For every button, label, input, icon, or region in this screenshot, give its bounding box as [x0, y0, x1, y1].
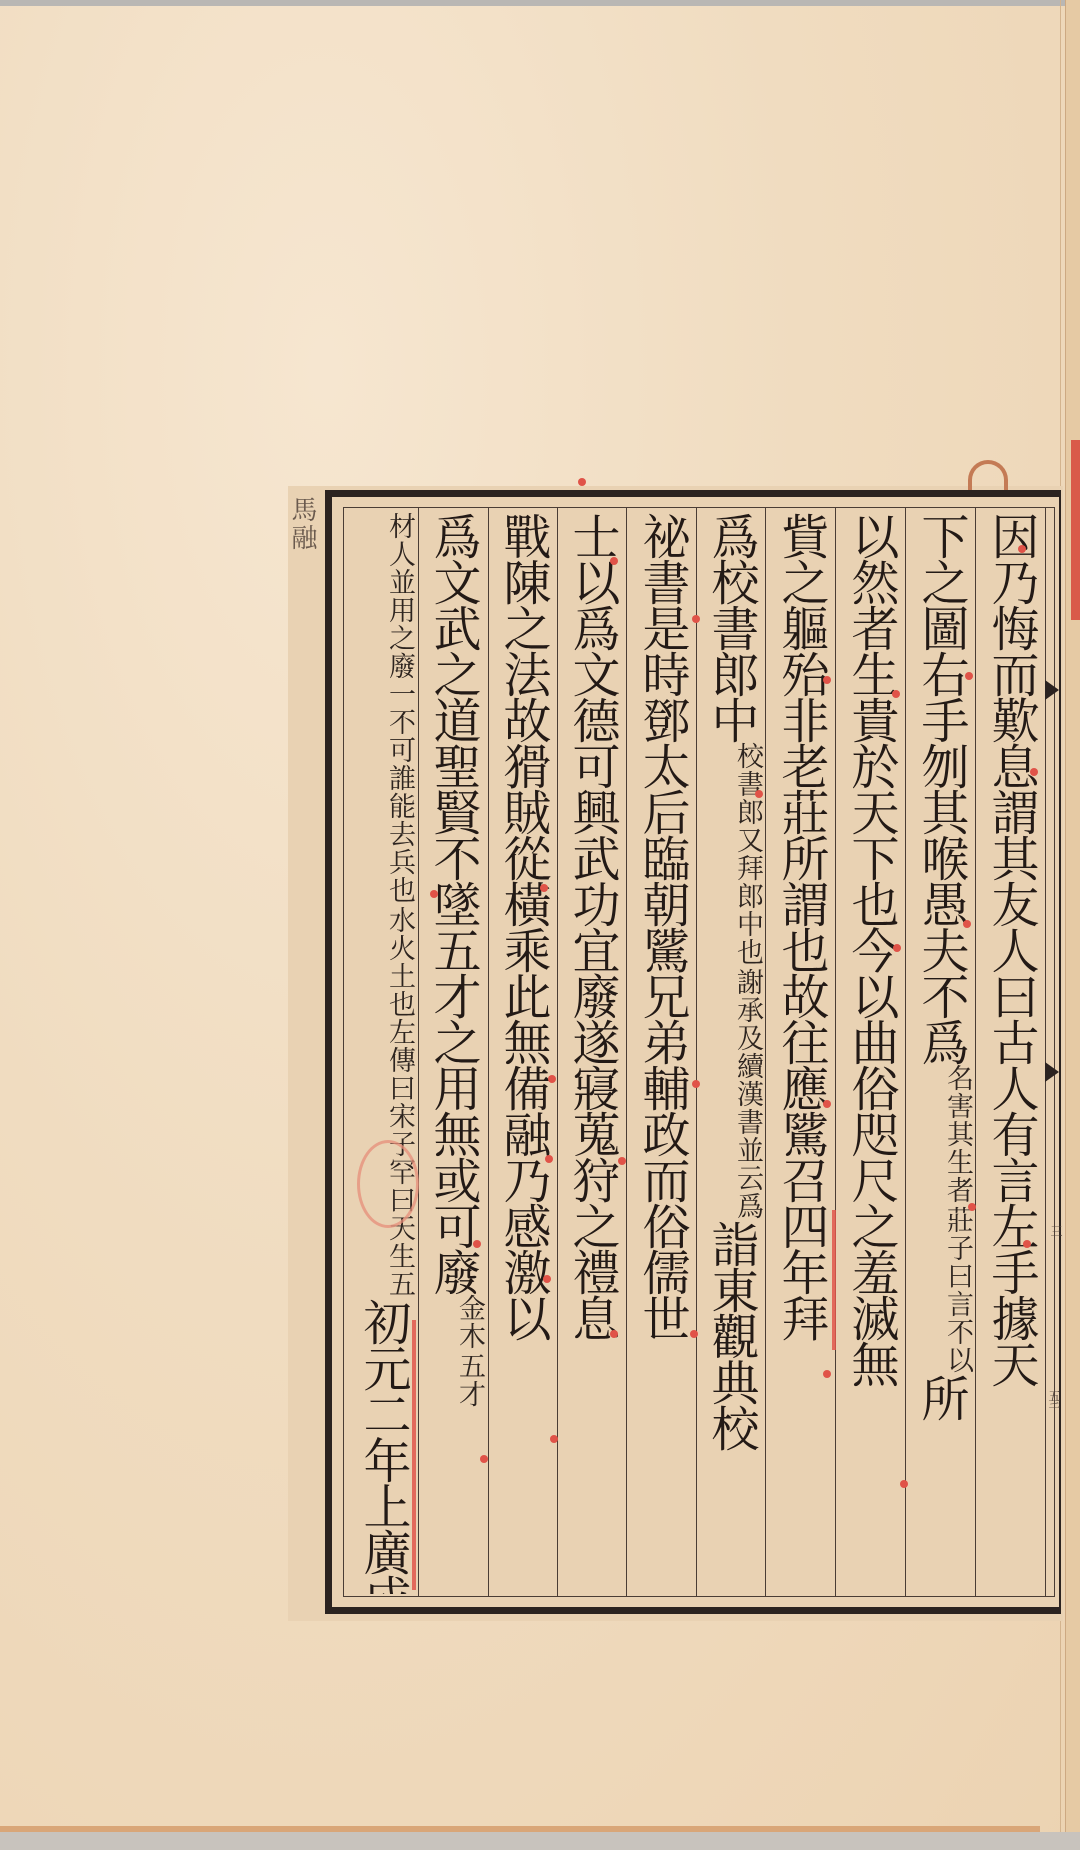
- red-seal-circle: [357, 1140, 419, 1228]
- text-column-6: 祕書是時鄧太后臨朝騭兄弟輔政而俗儒世: [631, 512, 695, 1594]
- red-bookmark-tab: [1071, 440, 1080, 620]
- column-text: 下之圖右手刎其喉愚夫不爲: [913, 512, 969, 1064]
- commentary-note: 莊子曰言不以名害其生者: [940, 1064, 974, 1374]
- note-line: 材人並用之廢一不可誰能去兵也: [382, 512, 416, 904]
- note-line: 名害其生者: [940, 1064, 974, 1204]
- punctuation-dot: [550, 1435, 558, 1443]
- column-text: 爲文武之道聖賢不墜五才之用無或可廢: [425, 512, 481, 1294]
- column-divider: [1045, 507, 1046, 1597]
- punctuation-dot: [692, 1080, 700, 1088]
- column-text: 以然者生貴於天下也今以曲俗咫尺之羞滅無: [843, 512, 899, 1386]
- note-line: 五才: [452, 1352, 486, 1408]
- column-divider: [626, 507, 627, 1597]
- note-line: 謝承及續漢書並云爲: [730, 968, 764, 1220]
- text-column-1: 因乃悔而歎息謂其友人曰古人有言左手據天: [980, 512, 1044, 1594]
- column-divider: [975, 507, 976, 1597]
- punctuation-dot: [430, 890, 438, 898]
- punctuation-dot: [545, 1155, 553, 1163]
- punctuation-dot: [618, 1157, 626, 1165]
- punctuation-dot: [540, 884, 548, 892]
- column-text-tail: 所: [913, 1374, 969, 1420]
- column-divider: [905, 507, 906, 1597]
- punctuation-dot: [543, 1275, 551, 1283]
- punctuation-dot: [1018, 545, 1026, 553]
- punctuation-dot: [610, 557, 618, 565]
- punctuation-dot: [900, 1480, 908, 1488]
- text-column-4: 貲之軀殆非老莊所謂也故往應騭召四年拜: [770, 512, 834, 1594]
- margin-title: 馬融: [293, 496, 321, 552]
- column-text: 貲之軀殆非老莊所謂也故往應騭召四年拜: [773, 512, 829, 1340]
- column-divider: [557, 507, 558, 1597]
- punctuation-dot: [963, 920, 971, 928]
- column-divider: [418, 507, 419, 1597]
- column-text-tail: 初元二年上廣成頌: [355, 1298, 411, 1594]
- punctuation-dot: [1023, 1240, 1031, 1248]
- column-text-tail: 詣東觀典校: [703, 1220, 759, 1450]
- fishtail-marker: [1045, 680, 1059, 700]
- punctuation-dot: [548, 1075, 556, 1083]
- scan-bottom-edge: [0, 1832, 1080, 1850]
- text-column-5: 爲校書郎中謝承及續漢書並云爲校書郎又拜郎中也詣東觀典校: [700, 512, 764, 1594]
- column-text: 爲校書郎中: [703, 512, 759, 742]
- column-text: 戰陳之法故猾賊從橫乘此無備融乃感激以: [495, 512, 551, 1340]
- punctuation-dot: [1030, 768, 1038, 776]
- punctuation-dot: [690, 1330, 698, 1338]
- text-column-3: 以然者生貴於天下也今以曲俗咫尺之羞滅無: [840, 512, 904, 1594]
- scan-top-edge: [0, 0, 1080, 6]
- note-line: 莊子曰言不以: [940, 1206, 974, 1374]
- commentary-note: 謝承及續漢書並云爲校書郎又拜郎中也: [730, 742, 764, 1220]
- margin-mark: 三: [1048, 1225, 1065, 1237]
- red-underline: [412, 1320, 416, 1590]
- punctuation-dot: [823, 1370, 831, 1378]
- column-divider: [488, 507, 489, 1597]
- commentary-note: 五才金木: [452, 1294, 486, 1408]
- column-text: 士以爲文德可興武功宜廢遂寢蒐狩之禮息: [564, 512, 620, 1340]
- punctuation-dot: [823, 676, 831, 684]
- punctuation-dot: [893, 944, 901, 952]
- punctuation-dot: [968, 1203, 976, 1211]
- column-divider: [696, 507, 697, 1597]
- punctuation-dot: [610, 1330, 618, 1338]
- punctuation-dot: [473, 1240, 481, 1248]
- column-divider: [765, 507, 766, 1597]
- punctuation-dot: [755, 790, 763, 798]
- fishtail-marker: [1045, 1062, 1059, 1082]
- binding-edge: [1065, 0, 1080, 1850]
- punctuation-dot: [892, 690, 900, 698]
- punctuation-dot: [823, 1100, 831, 1108]
- column-text: 因乃悔而歎息謂其友人曰古人有言左手據天: [983, 512, 1039, 1386]
- text-column-8: 戰陳之法故猾賊從橫乘此無備融乃感激以: [492, 512, 556, 1594]
- note-line: 金木: [452, 1294, 486, 1350]
- punctuation-dot: [692, 615, 700, 623]
- note-line: 校書郎又拜郎中也: [730, 742, 764, 966]
- note-line: 水火土也左傳曰宋子罕曰天生五: [382, 906, 416, 1298]
- seal-loop-mark: [968, 460, 1008, 492]
- text-column-10: 水火土也左傳曰宋子罕曰天生五材人並用之廢一不可誰能去兵也初元二年上廣成頌: [348, 512, 416, 1594]
- punctuation-dot: [480, 1455, 488, 1463]
- column-text: 祕書是時鄧太后臨朝騭兄弟輔政而俗儒世: [634, 512, 690, 1340]
- red-underline: [832, 1210, 836, 1350]
- punctuation-dot: [578, 478, 586, 486]
- text-column-9: 爲文武之道聖賢不墜五才之用無或可廢五才金木: [422, 512, 486, 1594]
- punctuation-dot: [965, 672, 973, 680]
- text-column-7: 士以爲文德可興武功宜廢遂寢蒐狩之禮息: [561, 512, 625, 1594]
- margin-mark: 五千: [1046, 1390, 1063, 1414]
- column-divider: [835, 507, 836, 1597]
